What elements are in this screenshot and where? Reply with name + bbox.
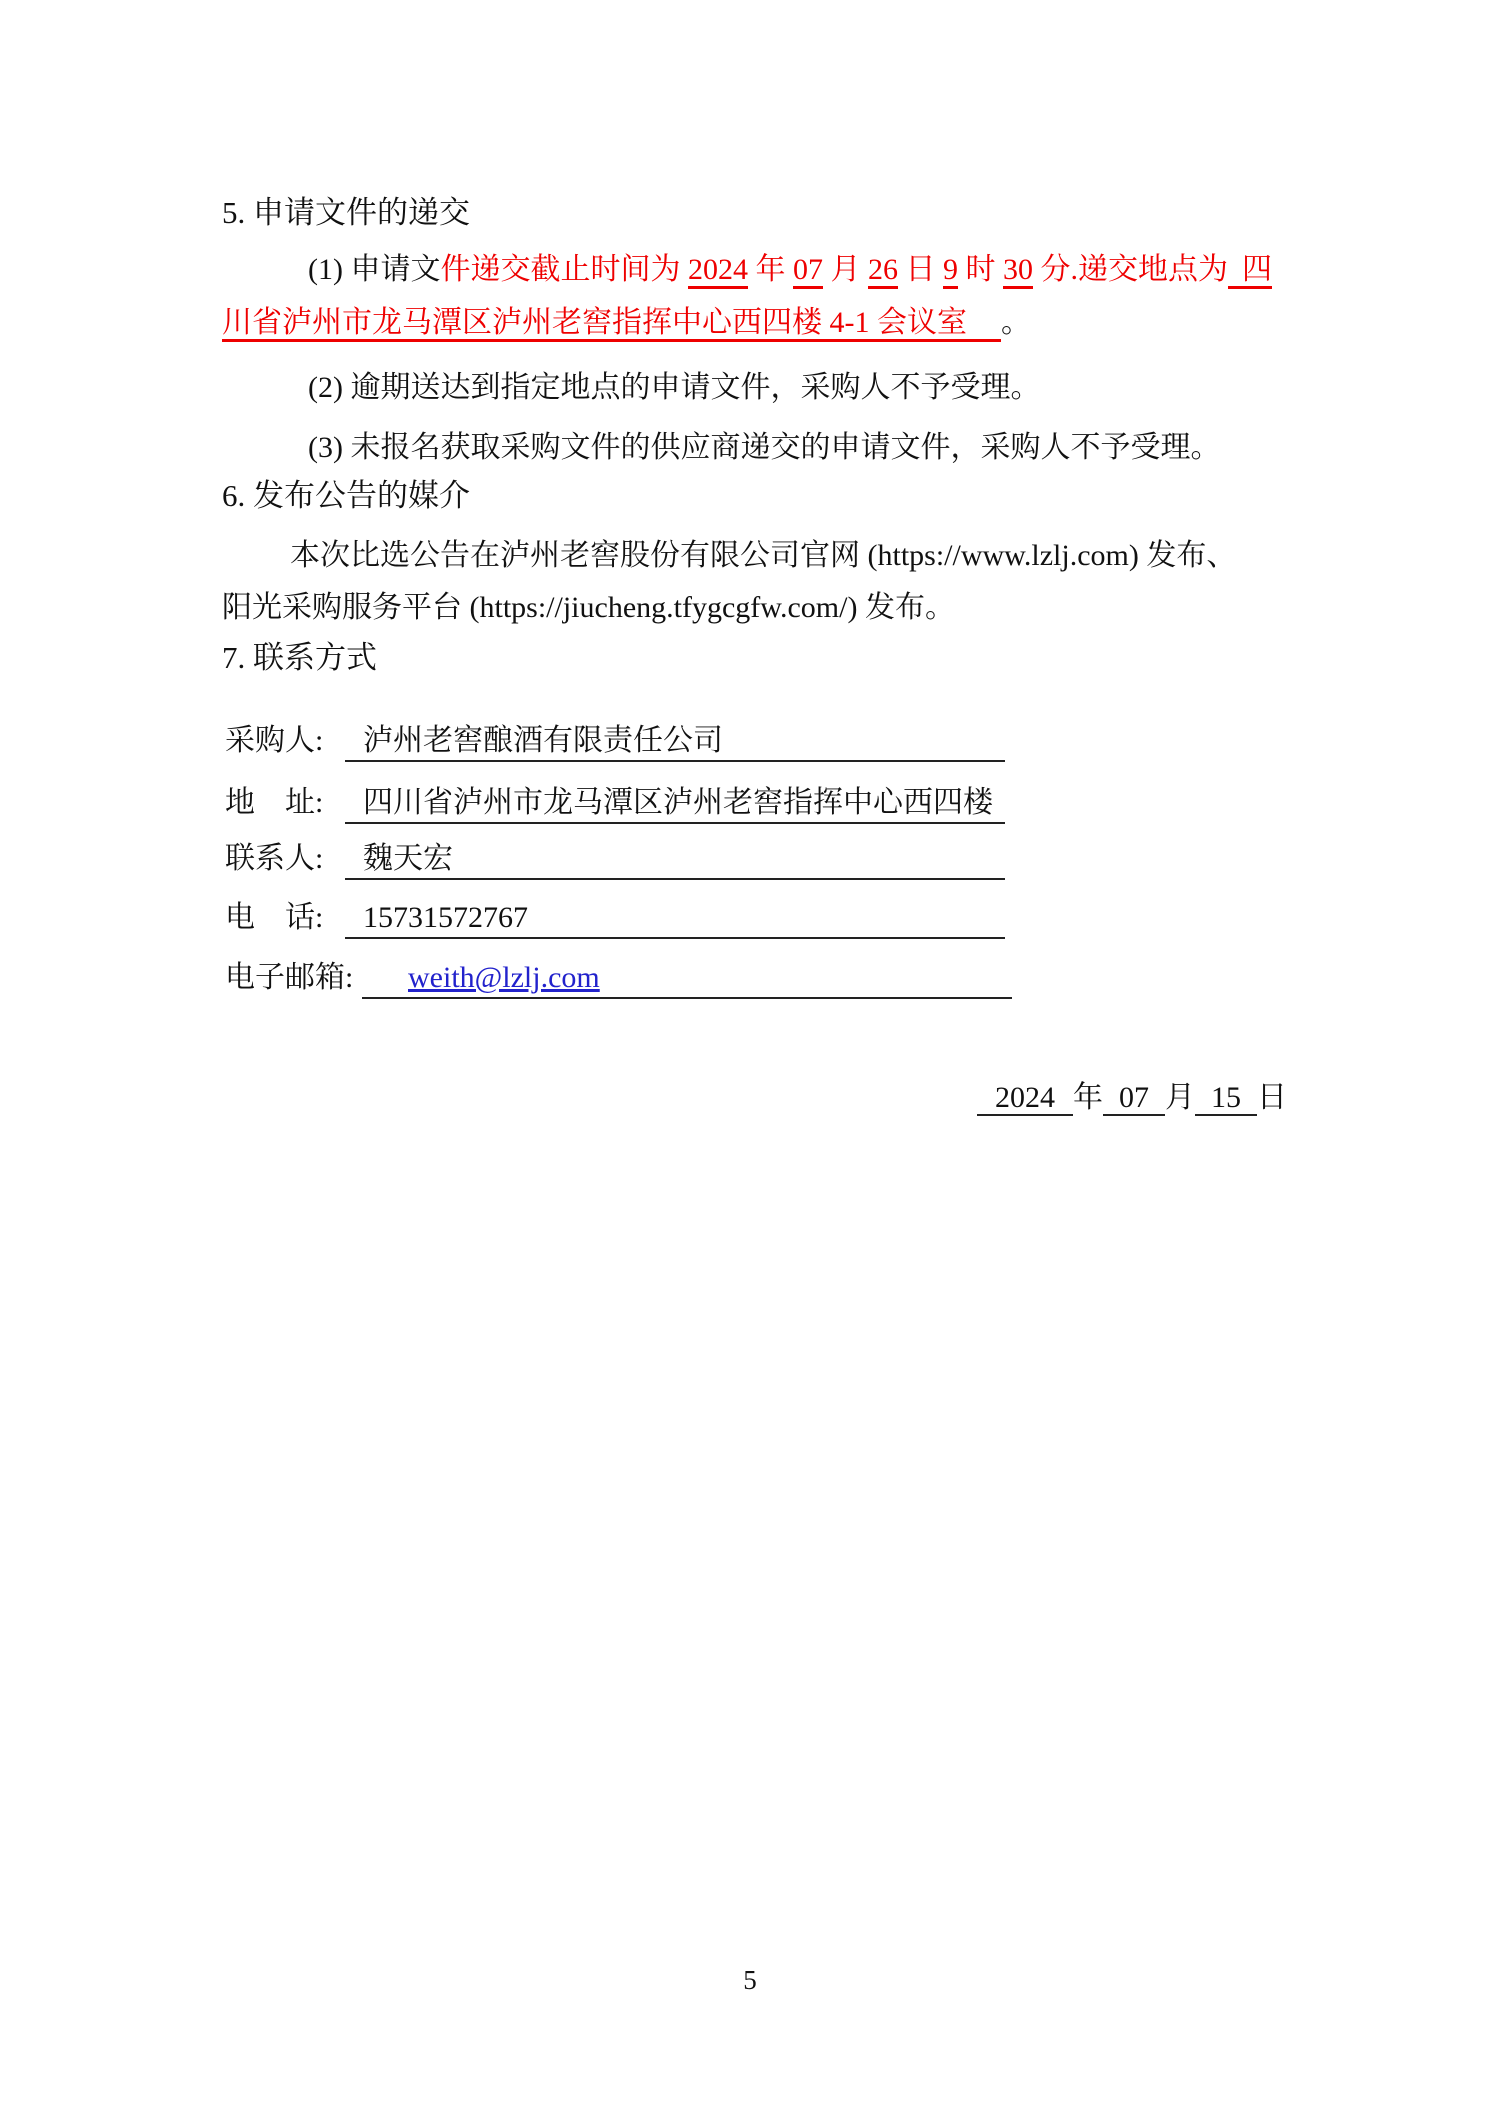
deadline-hour-unit: 时 [958, 253, 1003, 286]
date-year-unit: 年 [1073, 1081, 1103, 1114]
section-7-heading: 7. 联系方式 [222, 638, 377, 678]
deadline-month: 07 [793, 253, 823, 289]
deadline-red-text-2: 分.递交地点为 [1033, 253, 1228, 286]
contact-row-address: 地 址:四川省泸州市龙马潭区泸州老窖指挥中心西四楼 [225, 780, 1005, 826]
deadline-month-unit: 月 [823, 253, 868, 286]
contact-person-field-line: 魏天宏 [345, 836, 1005, 880]
contact-row-purchaser: 采购人:泸州老窖酿酒有限责任公司 [225, 718, 1005, 764]
deadline-day: 26 [868, 253, 898, 289]
contact-row-email: 电子邮箱:weith@lzlj.com [225, 955, 1012, 1001]
email-link[interactable]: weith@lzlj.com [408, 961, 600, 994]
purchaser-field-line: 泸州老窖酿酒有限责任公司 [345, 718, 1005, 762]
para-late-submission: (2) 逾期送达到指定地点的申请文件，采购人不予受理。 [308, 368, 1040, 408]
para-submission-deadline: (1) 申请文件递交截止时间为 2024 年 07 月 26 日 9 时 30 … [308, 250, 1272, 290]
phone-value: 15731572767 [363, 901, 528, 934]
deadline-minute: 30 [1003, 253, 1033, 289]
purchaser-value: 泸州老窖酿酒有限责任公司 [363, 724, 723, 757]
contact-row-phone: 电 话:15731572767 [225, 895, 1005, 941]
date-month: 07 [1103, 1081, 1165, 1116]
para-submission-location: 川省泸州市龙马潭区泸州老窖指挥中心西四楼 4-1 会议室。 [222, 303, 1031, 343]
document-page: 5. 申请文件的递交 (1) 申请文件递交截止时间为 2024 年 07 月 2… [0, 0, 1500, 2120]
para-unregistered-supplier: (3) 未报名获取采购文件的供应商递交的申请文件，采购人不予受理。 [308, 428, 1220, 468]
contact-row-contact-person: 联系人:魏天宏 [225, 836, 1005, 882]
submission-location-part1: 四 [1228, 253, 1272, 289]
email-field-line: weith@lzlj.com [362, 955, 1012, 999]
address-value: 四川省泸州市龙马潭区泸州老窖指挥中心西四楼 [363, 786, 993, 819]
para-announcement-media-line1: 本次比选公告在泸州老窖股份有限公司官网 (https://www.lzlj.co… [290, 536, 1236, 576]
address-label: 地 址: [225, 780, 345, 826]
deadline-hour: 9 [943, 253, 958, 289]
contact-person-value: 魏天宏 [363, 842, 453, 875]
address-field-line: 四川省泸州市龙马潭区泸州老窖指挥中心西四楼 [345, 780, 1005, 824]
email-label: 电子邮箱: [225, 955, 362, 1001]
section-5-heading: 5. 申请文件的递交 [222, 193, 470, 233]
deadline-year-unit: 年 [748, 253, 793, 286]
page-number: 5 [0, 1960, 1500, 2000]
deadline-day-unit: 日 [898, 253, 943, 286]
date-day-unit: 日 [1257, 1081, 1287, 1114]
date-month-unit: 月 [1165, 1081, 1195, 1114]
section-6-heading: 6. 发布公告的媒介 [222, 476, 470, 516]
date-day: 15 [1195, 1081, 1257, 1116]
deadline-black-prefix: (1) 申请文 [308, 253, 440, 286]
date-year: 2024 [977, 1081, 1073, 1116]
deadline-year: 2024 [688, 253, 748, 289]
submission-location-part2: 川省泸州市龙马潭区泸州老窖指挥中心西四楼 4-1 会议室 [222, 306, 1001, 342]
purchaser-label: 采购人: [225, 718, 345, 764]
signature-date: 2024年07月15日 [977, 1078, 1287, 1118]
contact-person-label: 联系人: [225, 836, 345, 882]
phone-label: 电 话: [225, 895, 345, 941]
location-period: 。 [1001, 306, 1031, 339]
phone-field-line: 15731572767 [345, 895, 1005, 939]
para-announcement-media-line2: 阳光采购服务平台 (https://jiucheng.tfygcgfw.com/… [222, 588, 955, 628]
deadline-red-text: 件递交截止时间为 [440, 253, 688, 286]
